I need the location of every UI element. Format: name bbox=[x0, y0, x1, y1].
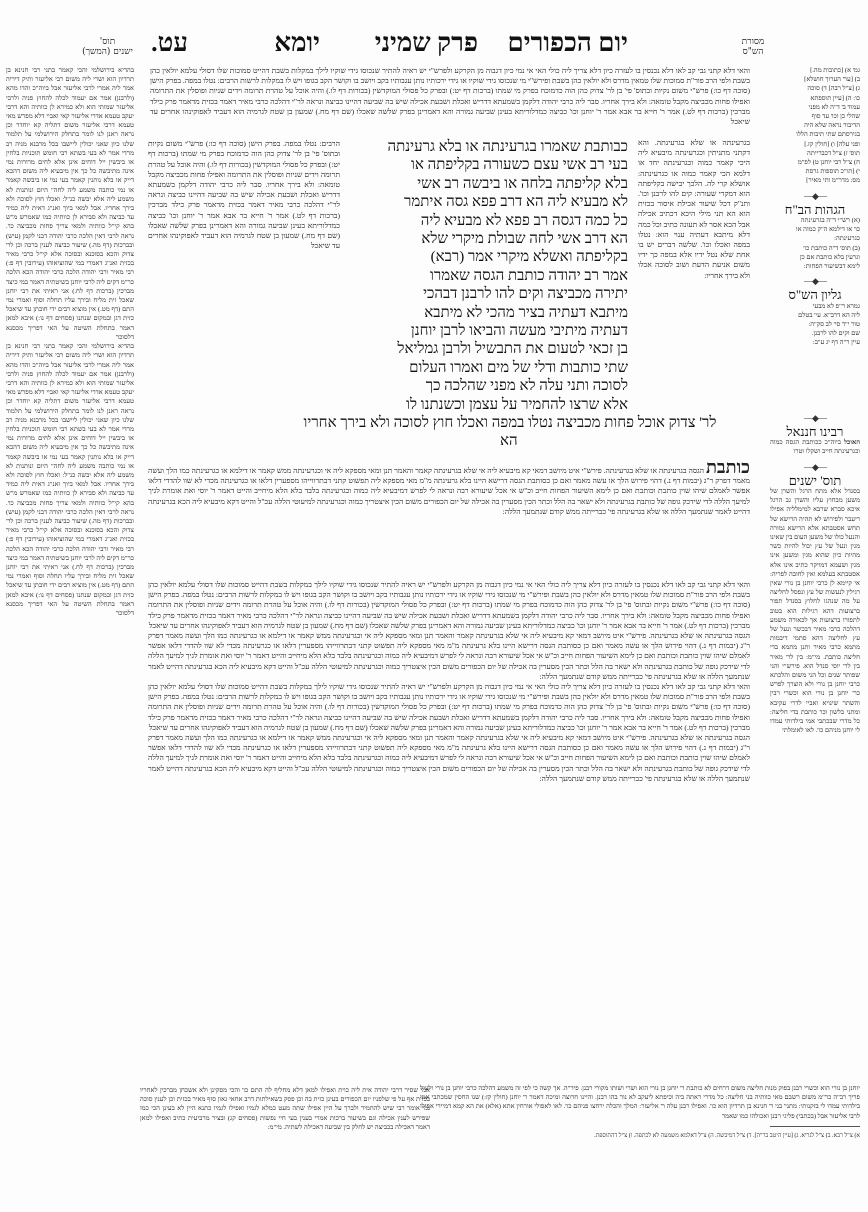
kotevet-lead-word: כותבת bbox=[706, 462, 750, 477]
gilyon-line: שם וקים להו לרבנן. bbox=[770, 329, 860, 338]
tosafot-text: והאי דלא קתני גבי קב לאו דלא נכנסין בו ל… bbox=[150, 66, 750, 126]
hagahot-line: כו' או דילמא ה"ק כמוה או bbox=[770, 225, 860, 234]
tosafot-commentary-side: והאי דלא קתני גבי קב לאו דלא נכנסין בו ל… bbox=[148, 138, 340, 403]
masoret-hashas-label: מסורת הש"ס bbox=[738, 37, 768, 57]
ornament-divider bbox=[770, 192, 860, 201]
gemara-line: הא דרב אשי לחה שבולת מיקרי שלא bbox=[348, 230, 628, 248]
masoret-sub: הש"ס bbox=[738, 47, 768, 57]
gilyon-title: גליון הש"ס bbox=[770, 290, 860, 299]
rashi-commentary: בגרעינתה או שלא בגרעינתה. והא דקתני מתני… bbox=[638, 138, 750, 388]
bottom-right-text: יוחנן בן נורי הוא וכשרי רבנן בפוק מנות ח… bbox=[420, 1084, 860, 1121]
left-margin-text-2: בהדיא בירושלמי והכי קאמר בתני רבי חנינא … bbox=[6, 342, 134, 618]
note-line: ב) [ער' הערוך חושלא] bbox=[770, 75, 860, 84]
note-line: עמוד ב' ד"ה לא מפני bbox=[770, 103, 860, 112]
chapter-title: יום הכפורים bbox=[508, 28, 628, 58]
bottom-left-text: אמי שסיר דרבי יהודה אית ליה כוית ואפילו … bbox=[140, 1086, 430, 1132]
note-line: תוס' ז) צ"ל דכברייתה bbox=[770, 149, 860, 158]
footnote-divider bbox=[770, 1126, 860, 1127]
rabbenu-lead: האוכל bbox=[844, 439, 860, 446]
gilyon-line: גמרא ר"פ לא מבעי bbox=[770, 302, 860, 311]
rabbenu-chananel-text: האוכל ביוה"כ ככותבת הגסה כמוה וכגרעינתה … bbox=[770, 438, 860, 456]
note-line: מס: מדר"מ ותי מאיר] bbox=[770, 176, 860, 185]
ornament-divider bbox=[770, 463, 860, 472]
left-margin-text: בהדיא בירושלמי והכי קאמר בתני רבי חנינא … bbox=[6, 66, 134, 342]
hagahot-line: וגרעין בלא כותבת אם כן bbox=[770, 253, 860, 262]
note-line: ופני עלה] ו) [חולין קז.] bbox=[770, 140, 860, 149]
tosafot-commentary-main: והאי דלא קתני גבי קב לאו דלא נכנסין בו ל… bbox=[148, 580, 750, 1060]
gemara-line: לא מבעיא ליה הא דרב פפא גסה איתמר bbox=[348, 193, 628, 211]
gemara-line: כל כמה דגסה רב פפא לא מבעיא ליה bbox=[348, 212, 628, 230]
tosafot-main-text-4: הגסה בגרעינתה או שלא בגרעינתה. פירש"י אי… bbox=[148, 733, 750, 784]
rashi-text: בגרעינתה או שלא בגרעינתה. והא דקתני מתני… bbox=[638, 138, 750, 281]
gemara-line: אלא שרצו להחמיר על עצמן וכשנתנו לו bbox=[348, 396, 628, 414]
masoret-hashas-notes: גמ' א) [כתובות מה.] ב) [ער' הערוך חושלא]… bbox=[770, 66, 860, 1047]
note-line: שהלי כן וכו' עד סוף bbox=[770, 112, 860, 121]
ornament-divider bbox=[770, 277, 860, 286]
gemara-line: כבותבת שאמרו בגרעינתה או בלא גרעינתה bbox=[348, 138, 628, 156]
note-line: ג) [צ"ל רבה] ד) סוכה bbox=[770, 84, 860, 93]
ornament-divider bbox=[770, 414, 860, 423]
gemara-line: לר' צדוק אוכל פחות מכביצה נטלו במפה ואכל… bbox=[270, 414, 750, 432]
note-line: גמ' א) [כתובות מה.] bbox=[770, 66, 860, 75]
hagahot-line: כגרעינתה: bbox=[770, 234, 860, 243]
masoret-label: מסורת bbox=[738, 37, 768, 47]
gemara-line: בעי רב אשי עצם כשעורה בקליפתה או bbox=[348, 156, 628, 174]
tosafot-main-text: והאי דלא קתני גבי קב לאו דלא נכנסין בו ל… bbox=[148, 580, 750, 631]
gemara-line: מיתבא דעתיה בציר מהכי לא מיתבא bbox=[348, 304, 628, 322]
gemara-line: דעתיה מיתיבי מעשה והביאו לרבן יוחנן bbox=[348, 322, 628, 340]
tosafot-yeshanim-continued: בהדיא בירושלמי והכי קאמר בתני רבי חנינא … bbox=[6, 66, 134, 1076]
tosafot-commentary-top: והאי דלא קתני גבי קב לאו דלא נכנסין בו ל… bbox=[150, 66, 750, 126]
gilyon-line: טור י"ד סי' לב סק"ה: bbox=[770, 320, 860, 329]
gemara-line: שתי כותבות ודלי של מים ואמרו העלום bbox=[348, 359, 628, 377]
note-line: הדיבור נראה שלא היה bbox=[770, 121, 860, 130]
kotevet-paragraph: כותבת הגסה בגרעינתה או שלא בגרעינתה. פיר… bbox=[148, 462, 750, 517]
gemara-line: בקליפתה ואשלא מיקרי אמר (רבא) bbox=[348, 248, 628, 266]
gemara-line: בלא קליפתה בלחה או ביבשה רב אשי bbox=[348, 175, 628, 193]
gemara-wide-line: לר' צדוק אוכל פחות מכביצה נטלו במפה ואכל… bbox=[270, 414, 750, 451]
tosafot-label: תוס' bbox=[80, 37, 135, 47]
gilyon-line: עיין ר"ה דף יג ע"ב: bbox=[770, 338, 860, 347]
note-line: י) [תו"כ תוספות גרסת bbox=[770, 167, 860, 176]
gemara-line: לסוכה ותני עלה לא מפני שהלכה כך bbox=[348, 377, 628, 395]
gemara-text: כבותבת שאמרו בגרעינתה או בלא גרעינתה בעי… bbox=[348, 138, 628, 414]
footnotes: א) צ"ל רבא. ב) צ"ל לגריא. ג) [עיין היטב … bbox=[420, 1132, 860, 1144]
bottom-right-commentary: יוחנן בן נורי הוא וכשרי רבנן בפוק מנות ח… bbox=[420, 1084, 860, 1124]
gemara-line: אמר רב יהודה כותבת הגסה שאמרו bbox=[348, 267, 628, 285]
hagahot-line: (א) רש"י ד"ה בגרעינתה bbox=[770, 216, 860, 225]
hagahot-title: הגהות הב"ח bbox=[770, 205, 860, 214]
bottom-left-commentary: אמי שסיר דרבי יהודה אית ליה כוית ואפילו … bbox=[140, 1086, 430, 1146]
kotevet-commentary: כותבת הגסה בגרעינתה או שלא בגרעינתה. פיר… bbox=[148, 462, 750, 572]
rabbenu-chananel-title: רבינו חננאל bbox=[770, 427, 860, 436]
gemara-line: בן זכאי לטעום את התבשיל ולרבן גמליאל bbox=[348, 340, 628, 358]
tosafot-yeshanim-title: תוס' ישנים bbox=[770, 476, 860, 485]
tosafot-text-cont: והאי דלא קתני גבי קב לאו דלא נכנסין בו ל… bbox=[148, 138, 340, 251]
gemara-line: יתירה מכביצה וקים להו לרבנן דבהכי bbox=[348, 285, 628, 303]
tosafot-yeshanim-label: תוס' ישנים (המשך) bbox=[80, 37, 135, 57]
hagahot-line: לימא דבשיעור הפחות: bbox=[770, 262, 860, 271]
tosafot-sub: ישנים (המשך) bbox=[80, 47, 135, 57]
note-line: ח) צ"ל רבי יוחנן ט) לפ"מ bbox=[770, 158, 860, 167]
daf-number: עט. bbox=[151, 28, 188, 58]
note-line: בגירסתם שתי תיבות הללו bbox=[770, 130, 860, 139]
perek-label: פרק שמיני bbox=[375, 28, 478, 58]
kotevet-body: הגסה בגרעינתה או שלא בגרעינתה. פירש"י אי… bbox=[148, 466, 750, 516]
gemara-line: הא bbox=[270, 432, 750, 450]
tosafot-main-text-2: הגסה בגרעינתה או שלא בגרעינתה. פירש"י אי… bbox=[148, 631, 750, 682]
tosafot-yeshanim-text: בסנדל אלא מתח הרגל והשרן של משען מבחוץ ע… bbox=[770, 487, 860, 1047]
hagahot-line: (ב) תוס' ד"ה כותבת כו' bbox=[770, 244, 860, 253]
footnotes-text: א) צ"ל רבא. ב) צ"ל לגריא. ג) [עיין היטב … bbox=[594, 1133, 860, 1139]
tosafot-main-text-3: והאי דלא קתני גבי קב לאו דלא נכנסין בו ל… bbox=[148, 682, 750, 733]
note-line: כו: ה) [עיין תוספתא bbox=[770, 94, 860, 103]
gilyon-line: ליה הא דרב"א. עי' בטלם bbox=[770, 311, 860, 320]
tractate-name: יומא bbox=[274, 28, 320, 58]
